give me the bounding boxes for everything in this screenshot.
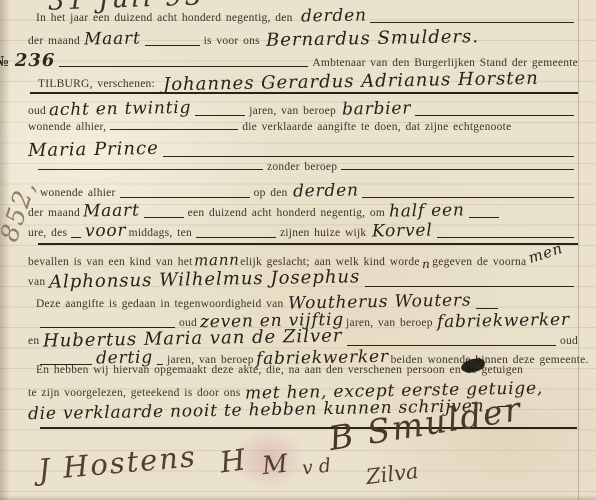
blank-line xyxy=(195,115,245,116)
signature-witness2-surname: Zilva xyxy=(365,459,420,489)
blank-line xyxy=(144,217,184,218)
printed-tegenwoordigheid: Deze aangifte is gedaan in tegenwoordigh… xyxy=(36,298,283,310)
blank-line xyxy=(415,115,574,116)
line-declarant: TILBURG, verschenen: Johannes Gerardus A… xyxy=(38,71,578,92)
signature-initial-vd: v d xyxy=(301,455,332,480)
blank-line xyxy=(341,169,574,170)
scan-edge-left xyxy=(0,0,10,500)
printed-huize-wijk: zijnen huize wijk xyxy=(280,227,366,239)
blank-line xyxy=(347,345,556,346)
blank-line xyxy=(437,237,574,238)
blank-line xyxy=(476,308,498,309)
printed-month-label: der maand xyxy=(28,35,80,47)
printed-voorna: gegeven de voorna xyxy=(432,256,526,268)
line-deed-drawn: En hebben wij hiervan opgemaakt deze akt… xyxy=(36,364,578,376)
scan-edge-bottom xyxy=(0,495,596,500)
line-hour-house: ure, des voor middags, ten zijnen huize … xyxy=(28,221,578,241)
printed-zonder-beroep: zonder beroep xyxy=(267,161,337,173)
blank-line xyxy=(71,237,81,238)
entry-birth-day: derden xyxy=(292,180,358,201)
printed-op-den: op den xyxy=(254,187,288,199)
blank-line xyxy=(362,197,574,198)
signature-initial-h: H xyxy=(218,442,248,479)
printed-oud: oud xyxy=(28,105,46,117)
line-month-registrar: der maand Maart is voor ons Bernardus Sm… xyxy=(28,28,578,49)
printed-ure-des: ure, des xyxy=(28,227,67,239)
entry-child-names: Alphonsus Wilhelmus Josephus xyxy=(49,266,361,292)
entry-month: Maart xyxy=(84,29,141,50)
blank-line xyxy=(145,45,200,46)
printed-tilburg-appeared: TILBURG, verschenen: xyxy=(38,78,155,90)
line-residence-declaration: wonende alhier, die verklaarde aangifte … xyxy=(28,121,578,133)
entry-registrar-name: Bernardus Smulders. xyxy=(266,26,479,51)
birth-record-document: 31 Juli 93 852, In het jaar een duizend … xyxy=(0,0,596,500)
entry-birth-month: Maart xyxy=(83,201,140,222)
section-rule xyxy=(30,92,578,94)
line-birth-month-time: der maand Maart een duizend acht honderd… xyxy=(28,201,578,221)
line-mother-name: Maria Prince xyxy=(28,139,578,160)
line-child-names: van Alphonsus Wilhelmus Josephus xyxy=(28,269,578,290)
printed-opgemaakt: En hebben wij hiervan opgemaakt deze akt… xyxy=(36,364,523,376)
signature-initial-m: M xyxy=(261,449,290,481)
printed-middags-ten: middags, ten xyxy=(129,227,192,239)
blank-line xyxy=(110,129,238,130)
blank-line xyxy=(370,22,574,23)
blank-line xyxy=(469,217,499,218)
line-witness1: Deze aangifte is gedaan in tegenwoordigh… xyxy=(36,292,578,312)
printed-bevallen: bevallen is van een kind van het xyxy=(28,256,193,268)
blank-line xyxy=(365,286,574,287)
entry-district: Korvel xyxy=(372,220,433,241)
printed-en: en xyxy=(28,335,39,347)
printed-der-maand: der maand xyxy=(28,207,80,219)
blank-line xyxy=(196,237,276,238)
blank-line xyxy=(120,197,250,198)
blank-line xyxy=(163,156,574,157)
entry-mother-name: Maria Prince xyxy=(28,138,159,161)
printed-wonende-alhier-2: wonende alhier xyxy=(40,187,116,199)
entry-voor: voor xyxy=(85,221,127,242)
entry-day-written: derden xyxy=(300,5,366,26)
act-number: № 236 xyxy=(0,50,55,71)
blank-line xyxy=(38,169,263,170)
act-number-value: 236 xyxy=(15,50,56,71)
printed-year-om: een duizend acht honderd negentig, om xyxy=(188,207,386,219)
printed-year-text: In het jaar een duizend acht honderd neg… xyxy=(36,12,293,24)
line-age-occupation: oud acht en twintig jaren, van beroep ba… xyxy=(28,99,578,119)
numero-symbol: № xyxy=(0,54,10,70)
entry-birth-time: half een xyxy=(389,200,465,221)
line-witness2: en Hubertus Maria van de Zilver oud xyxy=(28,328,578,349)
entry-age: acht en twintig xyxy=(49,98,192,120)
printed-voorgelezen: te zijn voorgelezen, geteekend is door o… xyxy=(28,387,241,399)
printed-oud-3: oud xyxy=(560,335,578,347)
printed-jaren-beroep: jaren, van beroep xyxy=(249,105,336,117)
printed-wonende-alhier: wonende alhier, xyxy=(28,121,106,133)
right-margin-rule xyxy=(578,0,579,500)
line-year: In het jaar een duizend acht honderd neg… xyxy=(36,6,578,26)
signature-witness1: J Hostens xyxy=(37,439,198,487)
line-no-occupation: zonder beroep xyxy=(38,161,578,173)
entry-occupation: barbier xyxy=(342,98,412,119)
blank-line xyxy=(59,66,308,67)
line-residence-date: wonende alhier op den derden xyxy=(40,181,578,201)
section-rule xyxy=(38,243,578,245)
printed-van: van xyxy=(28,276,45,288)
printed-before-us: is voor ons xyxy=(204,35,260,47)
printed-declaration: die verklaarde aangifte te doen, dat zij… xyxy=(242,121,511,133)
entry-gender: mann xyxy=(193,251,239,270)
